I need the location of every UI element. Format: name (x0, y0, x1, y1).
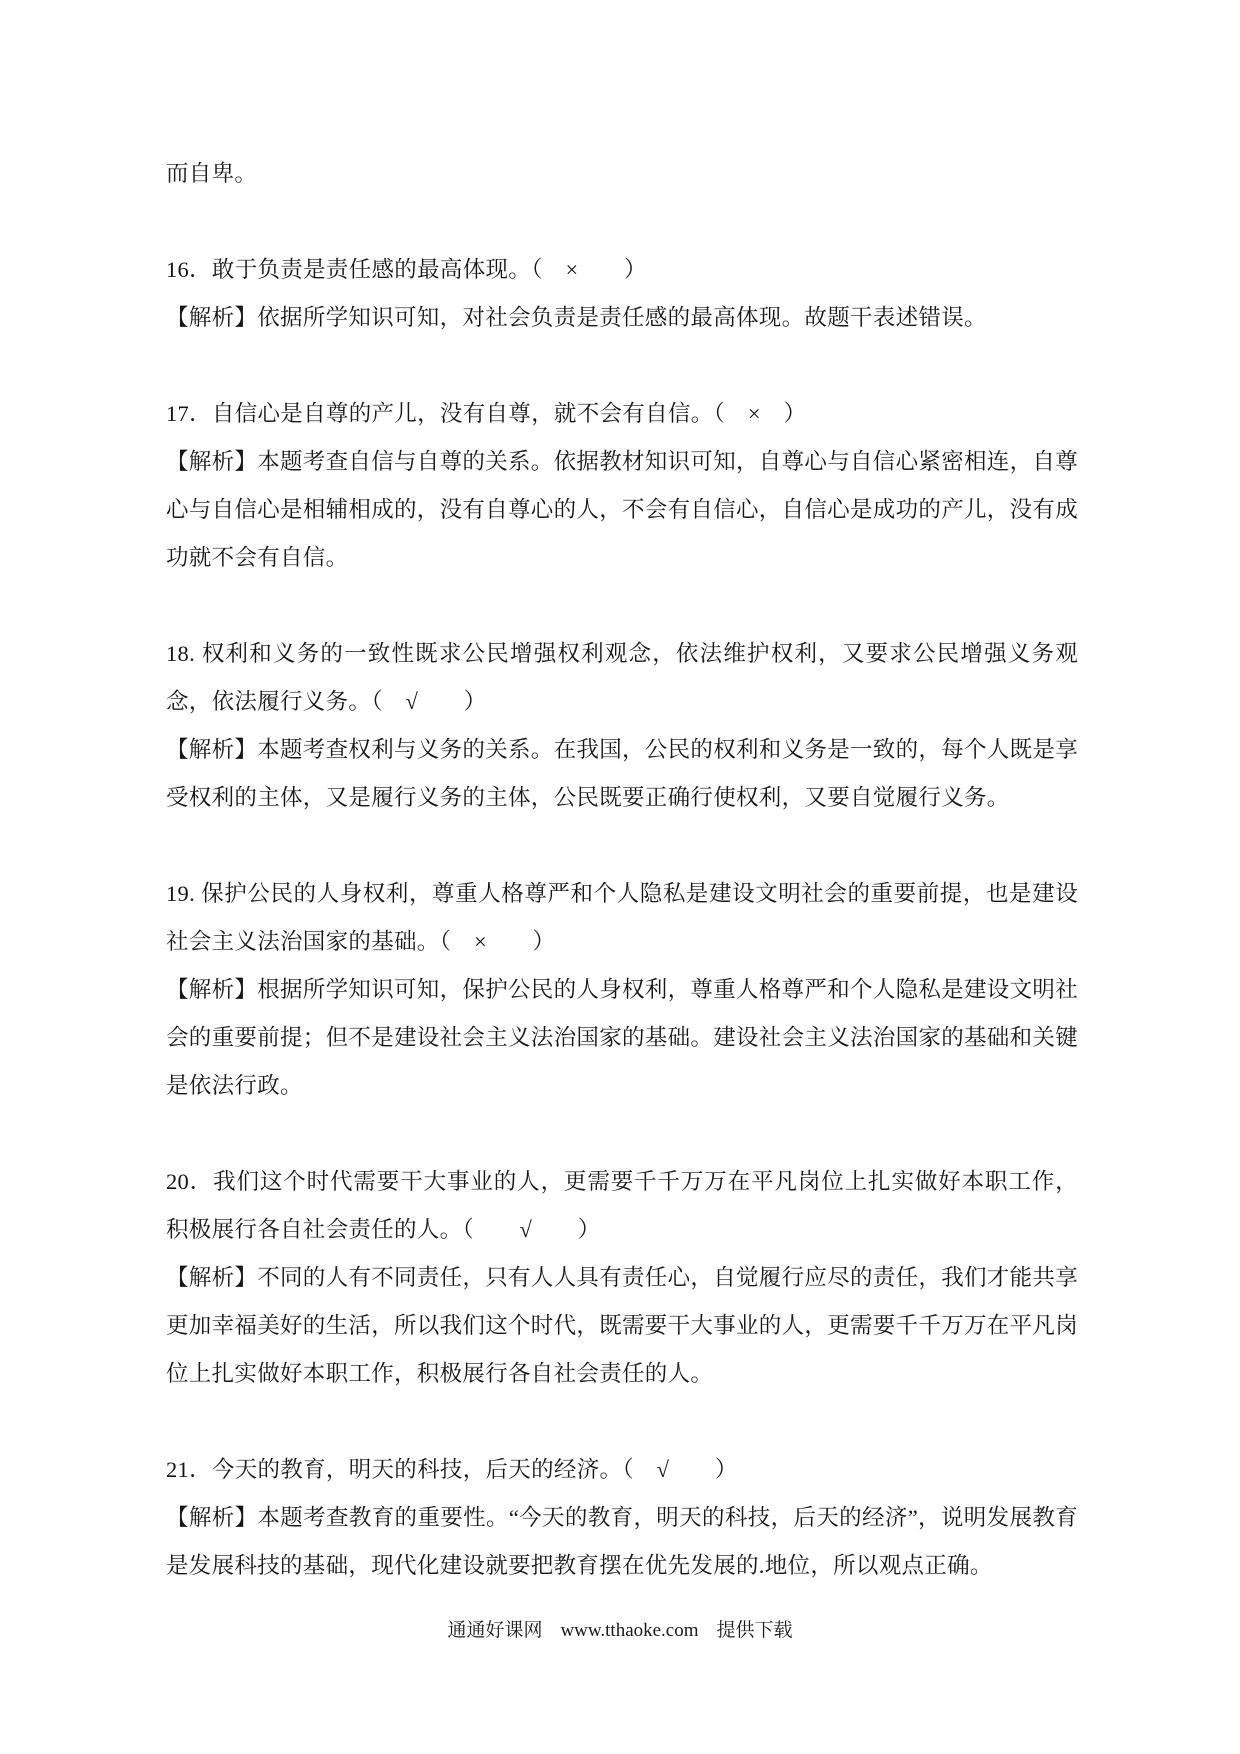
analysis-20-text: 【解析】不同的人有不同责任，只有人人具有责任心，自觉履行应尽的责任，我们才能共享… (166, 1254, 1078, 1398)
document-body: 而自卑。 16．敢于负责是责任感的最高体现。（ × ） 【解析】依据所学知识可知… (166, 150, 1078, 1590)
question-16-text: 16．敢于负责是责任感的最高体现。（ × ） (166, 246, 1078, 294)
continuation-text: 而自卑。 (166, 150, 1078, 198)
analysis-18-text: 【解析】本题考查权利与义务的关系。在我国，公民的权利和义务是一致的，每个人既是享… (166, 726, 1078, 822)
question-20-text: 20．我们这个时代需要干大事业的人，更需要千千万万在平凡岗位上扎实做好本职工作，… (166, 1158, 1078, 1254)
footer-download-suffix: 提供下载 (717, 1620, 793, 1641)
question-18-text: 18. 权利和义务的一致性既求公民增强权利观念，依法维护权利，又要求公民增强义务… (166, 630, 1078, 726)
document-page: 而自卑。 16．敢于负责是责任感的最高体现。（ × ） 【解析】依据所学知识可知… (0, 0, 1240, 1754)
analysis-21-text: 【解析】本题考查教育的重要性。“今天的教育，明天的科技，后天的经济”，说明发展教… (166, 1494, 1078, 1590)
question-block-16: 16．敢于负责是责任感的最高体现。（ × ） 【解析】依据所学知识可知，对社会负… (166, 246, 1078, 342)
question-block-21: 21．今天的教育，明天的科技，后天的经济。（ √ ） 【解析】本题考查教育的重要… (166, 1446, 1078, 1590)
question-block-20: 20．我们这个时代需要干大事业的人，更需要千千万万在平凡岗位上扎实做好本职工作，… (166, 1158, 1078, 1398)
question-21-text: 21．今天的教育，明天的科技，后天的经济。（ √ ） (166, 1446, 1078, 1494)
analysis-16-text: 【解析】依据所学知识可知，对社会负责是责任感的最高体现。故题干表述错误。 (166, 294, 1078, 342)
question-block-17: 17．自信心是自尊的产儿，没有自尊，就不会有自信。（ × ） 【解析】本题考查自… (166, 390, 1078, 582)
analysis-19-text: 【解析】根据所学知识可知，保护公民的人身权利，尊重人格尊严和个人隐私是建设文明社… (166, 966, 1078, 1110)
question-19-text: 19. 保护公民的人身权利，尊重人格尊严和个人隐私是建设文明社会的重要前提，也是… (166, 870, 1078, 966)
question-block-19: 19. 保护公民的人身权利，尊重人格尊严和个人隐私是建设文明社会的重要前提，也是… (166, 870, 1078, 1110)
analysis-17-text: 【解析】本题考查自信与自尊的关系。依据教材知识可知，自尊心与自信心紧密相连，自尊… (166, 438, 1078, 582)
footer-site-name: 通通好课网 (447, 1620, 542, 1641)
page-footer: 通通好课网www.tthaoke.com提供下载 (0, 1616, 1240, 1646)
question-17-text: 17．自信心是自尊的产儿，没有自尊，就不会有自信。（ × ） (166, 390, 1078, 438)
footer-site-url: www.tthaoke.com (560, 1620, 698, 1641)
question-block-18: 18. 权利和义务的一致性既求公民增强权利观念，依法维护权利，又要求公民增强义务… (166, 630, 1078, 822)
